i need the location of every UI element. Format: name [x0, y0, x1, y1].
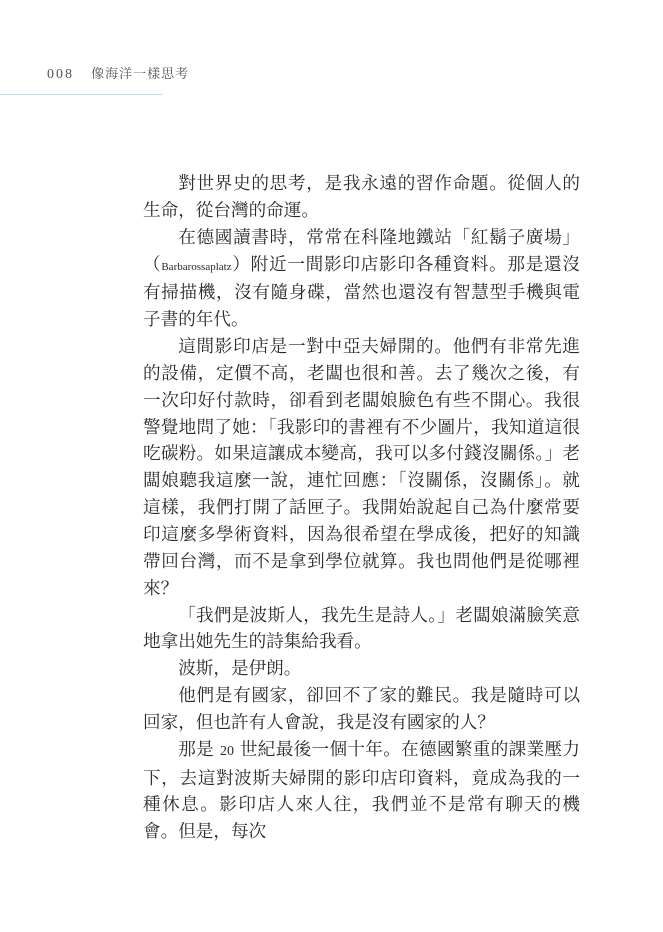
- paragraph: 在德國讀書時，常常在科隆地鐵站「紅鬍子廣場」（Barbarossaplatz）附…: [143, 225, 580, 334]
- paragraph: 那是 20 世紀最後一個十年。在德國繁重的課業壓力下，去這對波斯夫婦開的影印店印…: [143, 737, 580, 846]
- paragraph: 他們是有國家，卻回不了家的難民。我是隨時可以回家，但也許有人會說，我是沒有國家的…: [143, 683, 580, 737]
- paragraph: 「我們是波斯人，我先生是詩人。」老闆娘滿臉笑意地拿出她先生的詩集給我看。: [143, 603, 580, 657]
- book-title: 像海洋一樣思考: [91, 67, 189, 82]
- century-number: 20: [220, 744, 234, 759]
- text-span: 那是: [178, 740, 220, 760]
- paragraph: 這間影印店是一對中亞夫婦開的。他們有非常先進的設備，定價不高，老闆也很和善。去了…: [143, 334, 580, 602]
- page-number: 008: [47, 67, 74, 82]
- paragraph: 對世界史的思考，是我永遠的習作命題。從個人的生命，從台灣的命運。: [143, 171, 580, 225]
- paragraph: 波斯，是伊朗。: [143, 656, 580, 683]
- header-rule: [0, 94, 162, 95]
- body-text: 對世界史的思考，是我永遠的習作命題。從個人的生命，從台灣的命運。 在德國讀書時，…: [143, 171, 580, 846]
- latin-term: Barbarossaplatz: [161, 261, 231, 273]
- running-head: 008 像海洋一樣思考: [47, 63, 189, 83]
